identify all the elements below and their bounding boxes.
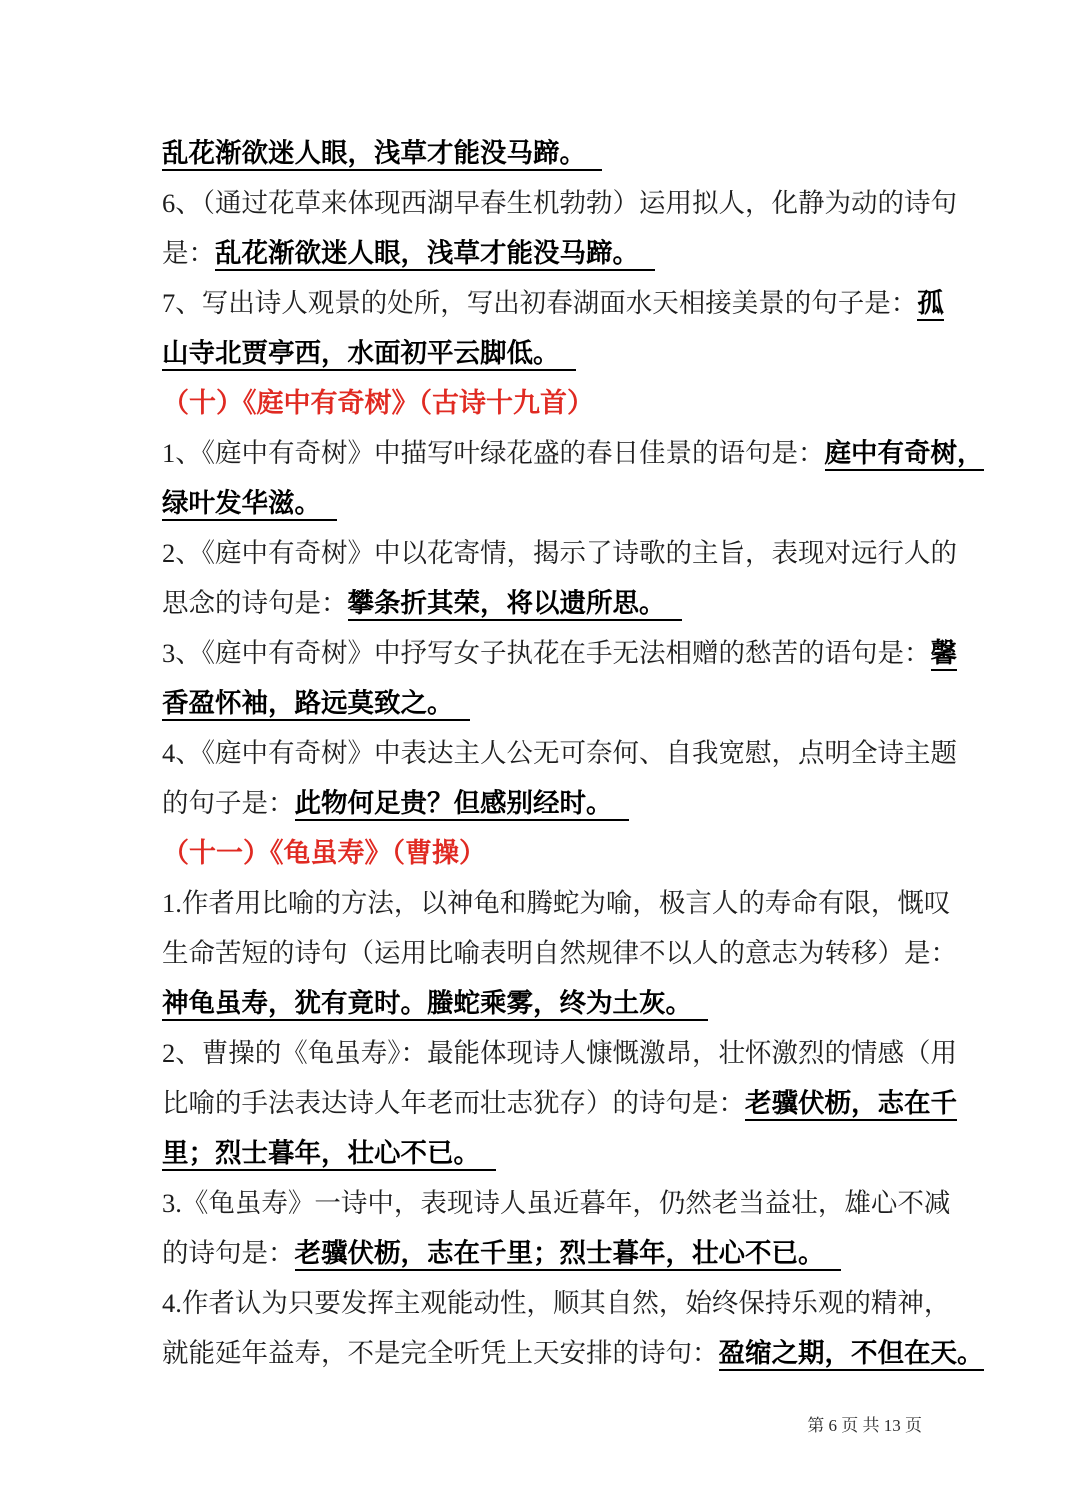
answer-quote: 馨 xyxy=(931,638,958,671)
text-line: 3、《庭中有奇树》中抒写女子执花在手无法相赠的愁苦的语句是：馨 xyxy=(162,628,920,678)
text-line: 的句子是：此物何足贵？但感别经时。 xyxy=(162,778,920,828)
text-line: 2、《庭中有奇树》中以花寄情，揭示了诗歌的主旨，表现对远行人的 xyxy=(162,528,920,578)
page-number: 第 6 页 共 13 页 xyxy=(807,1412,922,1440)
answer-quote: 攀条折其荣，将以遗所思。 xyxy=(348,588,682,621)
text-line: 神龟虽寿，犹有竟时。螣蛇乘雾，终为土灰。 xyxy=(162,978,920,1028)
text-line: 香盈怀袖，路远莫致之。 xyxy=(162,678,920,728)
question-text: 2、《庭中有奇树》中以花寄情，揭示了诗歌的主旨，表现对远行人的 xyxy=(162,538,957,568)
question-text: 的诗句是： xyxy=(162,1238,295,1268)
question-text: 的句子是： xyxy=(162,788,295,818)
question-text: 是： xyxy=(162,238,215,268)
question-text: 1、《庭中有奇树》中描写叶绿花盛的春日佳景的语句是： xyxy=(162,438,825,468)
section-heading-text: （十一）《龟虽寿》（曹操） xyxy=(162,838,486,868)
question-text: 3.《龟虽寿》一诗中，表现诗人虽近暮年，仍然老当益壮，雄心不减 xyxy=(162,1188,950,1218)
question-text: 3、《庭中有奇树》中抒写女子执花在手无法相赠的愁苦的语句是： xyxy=(162,638,931,668)
question-text: 就能延年益寿，不是完全听凭上天安排的诗句： xyxy=(162,1338,719,1368)
answer-quote: 此物何足贵？但感别经时。 xyxy=(295,788,629,821)
section-heading: （十一）《龟虽寿》（曹操） xyxy=(162,828,920,878)
text-line: 4.作者认为只要发挥主观能动性，顺其自然，始终保持乐观的精神， xyxy=(162,1278,920,1328)
answer-quote: 庭中有奇树， xyxy=(825,438,984,471)
answer-quote: 盈缩之期，不但在天。 xyxy=(719,1338,984,1371)
text-line: 1、《庭中有奇树》中描写叶绿花盛的春日佳景的语句是：庭中有奇树， xyxy=(162,428,920,478)
text-line: 乱花渐欲迷人眼，浅草才能没马蹄。 xyxy=(162,128,920,178)
answer-quote: 老骥伏枥，志在千 xyxy=(745,1088,957,1121)
text-line: 绿叶发华滋。 xyxy=(162,478,920,528)
question-text: 4.作者认为只要发挥主观能动性，顺其自然，始终保持乐观的精神， xyxy=(162,1288,950,1318)
question-text: 4、《庭中有奇树》中表达主人公无可奈何、自我宽慰，点明全诗主题 xyxy=(162,738,957,768)
text-line: 2、曹操的《龟虽寿》：最能体现诗人慷慨激昂，壮怀激烈的情感（用 xyxy=(162,1028,920,1078)
text-line: 里；烈士暮年，壮心不已。 xyxy=(162,1128,920,1178)
text-line: 3.《龟虽寿》一诗中，表现诗人虽近暮年，仍然老当益壮，雄心不减 xyxy=(162,1178,920,1228)
answer-quote: 山寺北贾亭西，水面初平云脚低。 xyxy=(162,338,576,371)
answer-quote: 老骥伏枥，志在千里；烈士暮年，壮心不已。 xyxy=(295,1238,841,1271)
document-body: 乱花渐欲迷人眼，浅草才能没马蹄。 6、（通过花草来体现西湖早春生机勃勃）运用拟人… xyxy=(162,128,920,1378)
text-line: 就能延年益寿，不是完全听凭上天安排的诗句：盈缩之期，不但在天。 xyxy=(162,1328,920,1378)
text-line: 比喻的手法表达诗人年老而壮志犹存）的诗句是：老骥伏枥，志在千 xyxy=(162,1078,920,1128)
section-heading: （十）《庭中有奇树》（古诗十九首） xyxy=(162,378,920,428)
text-line: 的诗句是：老骥伏枥，志在千里；烈士暮年，壮心不已。 xyxy=(162,1228,920,1278)
answer-quote: 里；烈士暮年，壮心不已。 xyxy=(162,1138,496,1171)
answer-quote: 绿叶发华滋。 xyxy=(162,488,337,521)
question-text: 7、写出诗人观景的处所，写出初春湖面水天相接美景的句子是： xyxy=(162,288,917,318)
answer-quote: 乱花渐欲迷人眼，浅草才能没马蹄。 xyxy=(162,138,602,171)
answer-quote: 神龟虽寿，犹有竟时。螣蛇乘雾，终为土灰。 xyxy=(162,988,708,1021)
text-line: 4、《庭中有奇树》中表达主人公无可奈何、自我宽慰，点明全诗主题 xyxy=(162,728,920,778)
answer-quote: 孤 xyxy=(917,288,944,321)
text-line: 1.作者用比喻的方法，以神龟和腾蛇为喻，极言人的寿命有限，慨叹 xyxy=(162,878,920,928)
answer-quote: 乱花渐欲迷人眼，浅草才能没马蹄。 xyxy=(215,238,655,271)
question-text: 比喻的手法表达诗人年老而壮志犹存）的诗句是： xyxy=(162,1088,745,1118)
question-text: 6、（通过花草来体现西湖早春生机勃勃）运用拟人，化静为动的诗句 xyxy=(162,188,957,218)
question-text: 2、曹操的《龟虽寿》：最能体现诗人慷慨激昂，壮怀激烈的情感（用 xyxy=(162,1038,957,1068)
text-line: 6、（通过花草来体现西湖早春生机勃勃）运用拟人，化静为动的诗句 xyxy=(162,178,920,228)
text-line: 是：乱花渐欲迷人眼，浅草才能没马蹄。 xyxy=(162,228,920,278)
section-heading-text: （十）《庭中有奇树》（古诗十九首） xyxy=(162,388,594,418)
text-line: 7、写出诗人观景的处所，写出初春湖面水天相接美景的句子是：孤 xyxy=(162,278,920,328)
text-line: 思念的诗句是：攀条折其荣，将以遗所思。 xyxy=(162,578,920,628)
document-page: { "colors": { "background": "#ffffff", "… xyxy=(0,0,1080,1497)
question-text: 生命苦短的诗句（运用比喻表明自然规律不以人的意志为转移）是： xyxy=(162,938,957,968)
question-text: 1.作者用比喻的方法，以神龟和腾蛇为喻，极言人的寿命有限，慨叹 xyxy=(162,888,950,918)
text-line: 生命苦短的诗句（运用比喻表明自然规律不以人的意志为转移）是： xyxy=(162,928,920,978)
question-text: 思念的诗句是： xyxy=(162,588,348,618)
answer-quote: 香盈怀袖，路远莫致之。 xyxy=(162,688,470,721)
text-line: 山寺北贾亭西，水面初平云脚低。 xyxy=(162,328,920,378)
